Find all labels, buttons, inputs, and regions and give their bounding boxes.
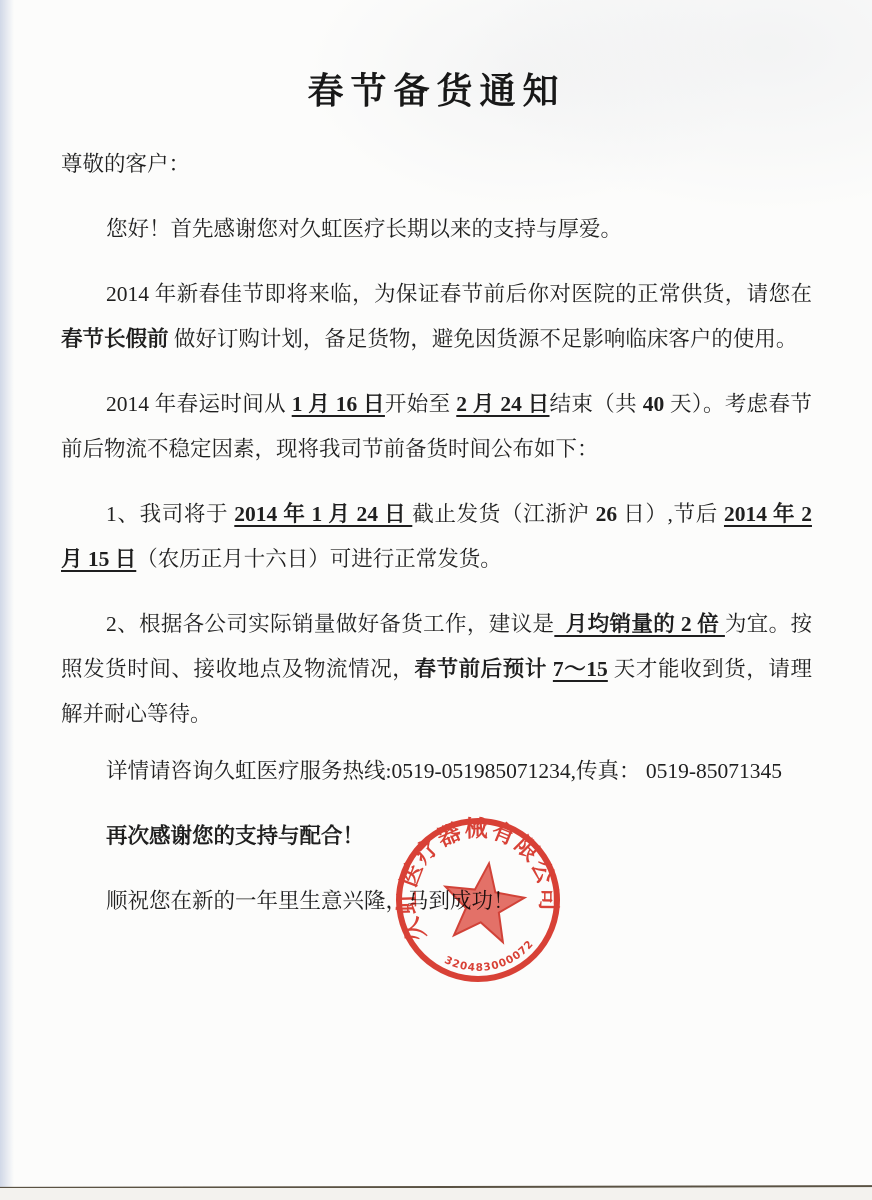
text-run: 日）,节后 <box>617 502 724 526</box>
text-run: 7～15 <box>553 657 608 681</box>
text-run: 做好订购计划，备足货物，避免因货源不足影响临床客户的使用。 <box>169 327 798 351</box>
salutation: 尊敬的客户： <box>61 142 812 187</box>
paragraph-intro: 2014 年新春佳节即将来临，为保证春节前后你对医院的正常供货，请您在春节长假前… <box>61 272 812 362</box>
document-title: 春节备货通知 <box>61 70 812 112</box>
scan-edge-left <box>0 0 14 1200</box>
text-run: 结束（共 <box>550 392 643 416</box>
text-run: 截止发货（江浙沪 <box>412 502 595 526</box>
text-run: 您好！首先感谢您对久虹医疗长期以来的支持与厚爱。 <box>106 217 622 241</box>
text-run: 详情请咨询久虹医疗服务热线:0519-051985071234,传真： 0519… <box>106 759 782 783</box>
text-run: 26 <box>596 502 618 526</box>
company-seal-graphic: 久虹医疗器械有限公司 320483000072852 <box>366 788 590 1012</box>
text-run: 1、我司将于 <box>106 502 234 526</box>
paragraph-item-2-stocking-advice: 2、根据各公司实际销量做好备货工作，建议是 月均销量的 2 倍 为宜。按照发货时… <box>61 602 812 737</box>
text-run: 再次感谢您的支持与配合！ <box>106 824 364 848</box>
text-run: 2、根据各公司实际销量做好备货工作，建议是 <box>106 612 554 636</box>
text-run: （农历正月十六日）可进行正常发货。 <box>136 547 502 571</box>
text-run: 2014 年 1 月 24 日 <box>234 502 412 526</box>
text-run: 2 月 24 日 <box>456 392 549 416</box>
paragraph-greeting: 您好！首先感谢您对久虹医疗长期以来的支持与厚爱。 <box>61 207 812 252</box>
text-run: 月均销量的 2 倍 <box>554 612 725 636</box>
paragraph-spring-transport-schedule: 2014 年春运时间从 1 月 16 日开始至 2 月 24 日结束（共 40 … <box>61 382 812 472</box>
company-seal-stamp: 久虹医疗器械有限公司 320483000072852 <box>366 788 590 1012</box>
text-run: 1 月 16 日 <box>292 392 385 416</box>
text-run: 春节长假前 <box>61 327 169 351</box>
paragraph-item-1-shipping-deadline: 1、我司将于 2014 年 1 月 24 日 截止发货（江浙沪 26 日）,节后… <box>61 492 812 582</box>
text-run: 2014 年春运时间从 <box>106 392 292 416</box>
text-run: 春节前后预计 <box>414 657 552 681</box>
text-run: 开始至 <box>385 392 456 416</box>
text-run: 40 <box>643 392 665 416</box>
letter-body: 春节备货通知 尊敬的客户： 您好！首先感谢您对久虹医疗长期以来的支持与厚爱。 2… <box>61 0 812 924</box>
seal-star-icon <box>439 858 529 944</box>
scanner-background <box>0 1188 872 1200</box>
text-run: 2014 年新春佳节即将来临，为保证春节前后你对医院的正常供货，请您在 <box>106 282 812 306</box>
